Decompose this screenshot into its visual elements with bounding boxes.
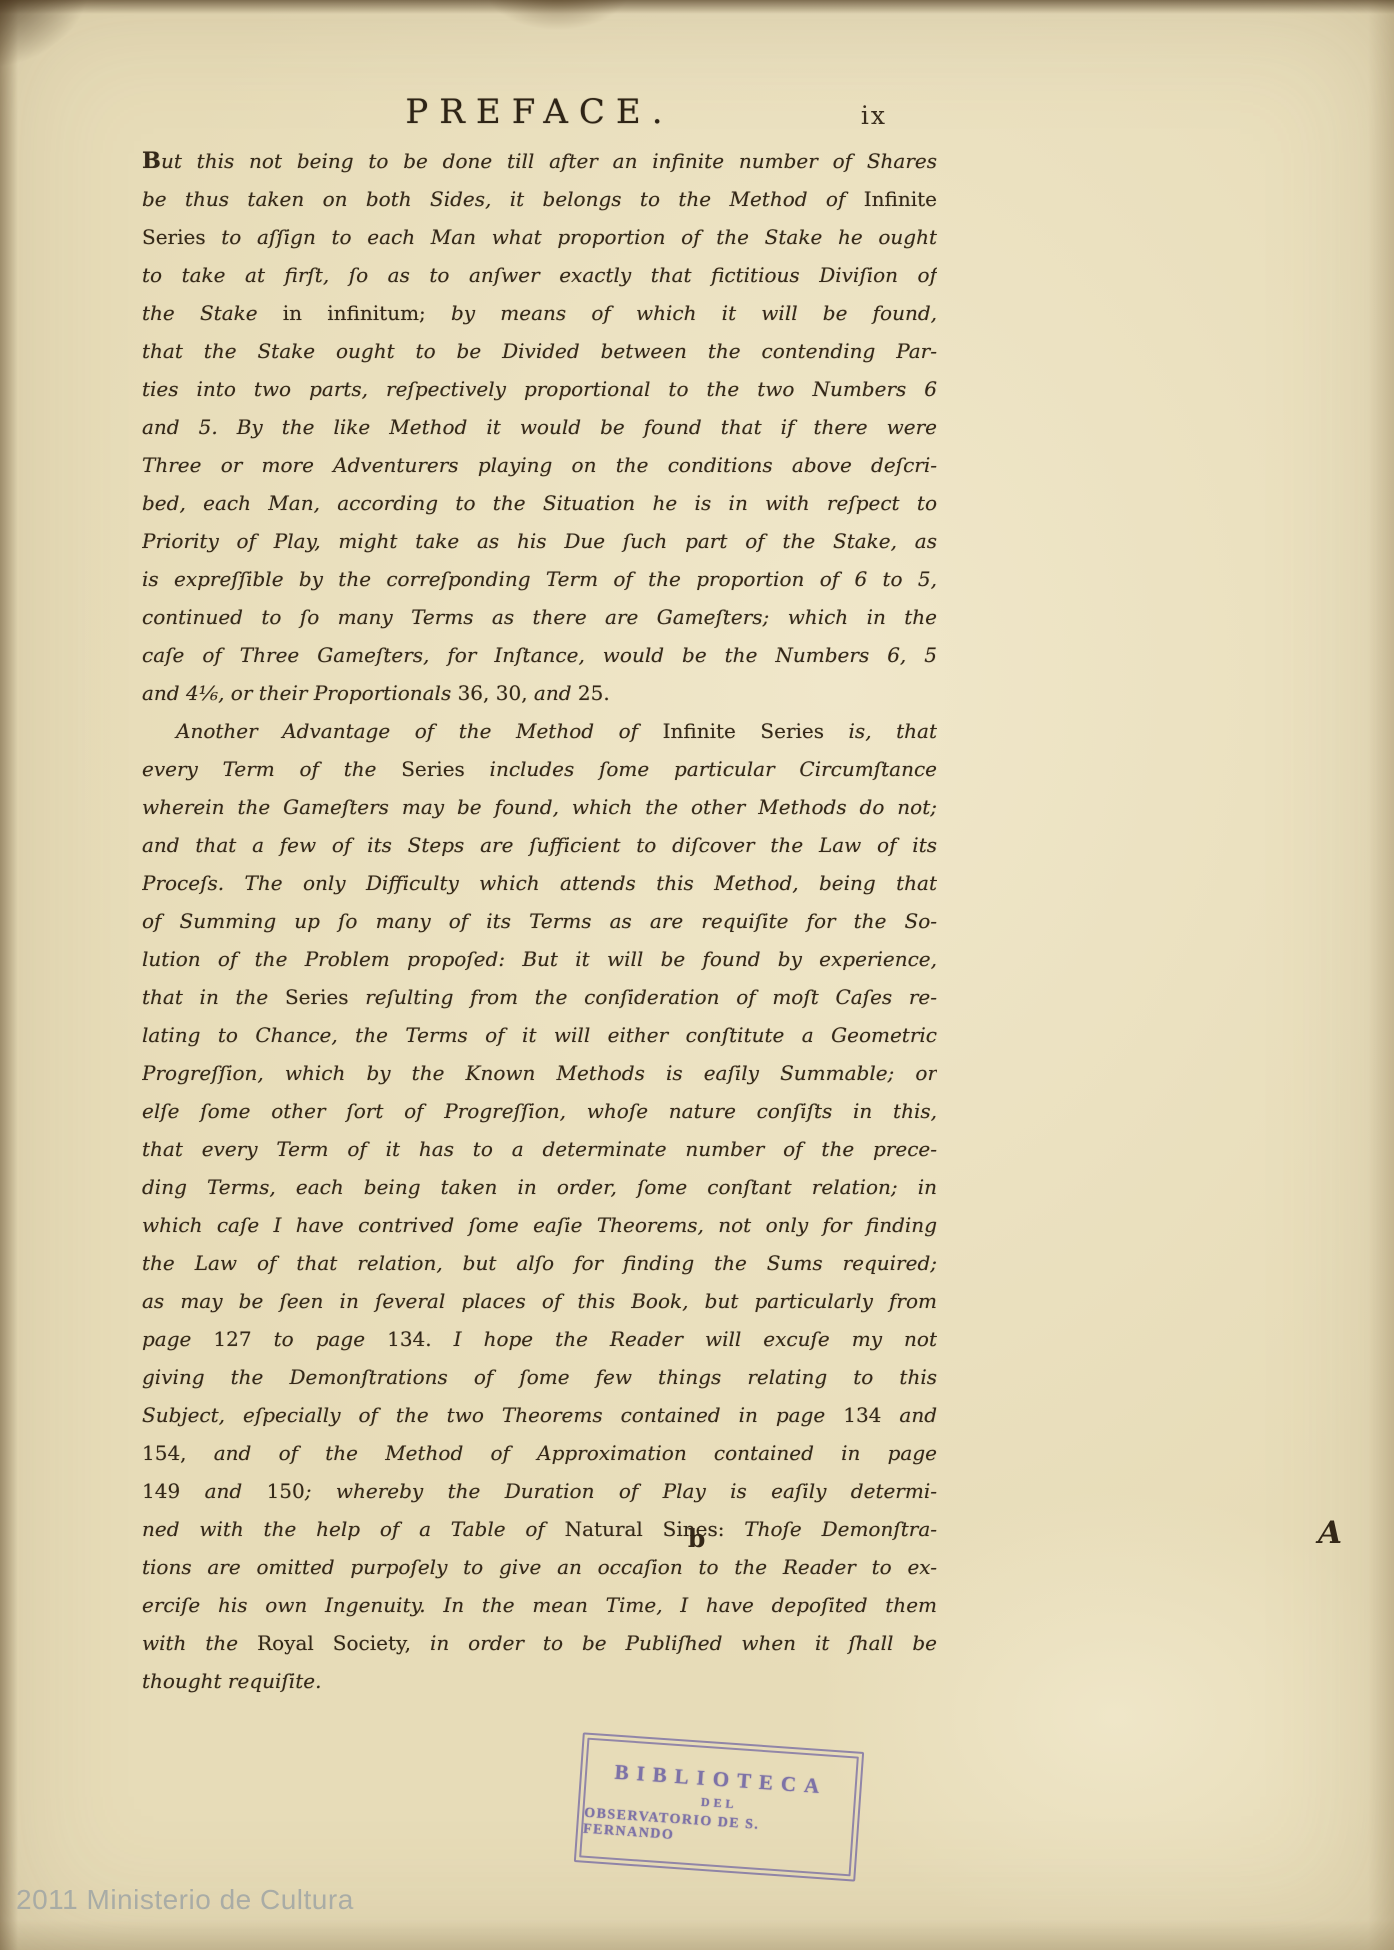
italic-text-segment: Another Advantage of the Method of [176, 719, 663, 743]
library-stamp-border: BIBLIOTECA DEL OBSERVATORIO DE S. FERNAN… [579, 1738, 859, 1877]
italic-text-segment: in order to be Publiſhed when it ſhall b… [430, 1631, 937, 1655]
text-line: 154, and of the Method of Approximation … [142, 1434, 937, 1472]
italic-text-segment: and 4⅙, or their Proportionals [142, 681, 458, 705]
roman-text-segment: Series [401, 757, 465, 781]
text-line: ties into two parts, reſpectively propor… [142, 370, 937, 408]
roman-text-segment: Series [142, 225, 221, 249]
header-row: PREFACE. ix [142, 92, 937, 142]
italic-text-segment: and [881, 1403, 937, 1427]
text-column: PREFACE. ix But this not being to be don… [142, 92, 937, 142]
page-number: ix [861, 101, 887, 130]
text-line: ding Terms, each being taken in order, ſ… [142, 1168, 937, 1206]
library-stamp: BIBLIOTECA DEL OBSERVATORIO DE S. FERNAN… [574, 1732, 864, 1881]
text-line: erciſe his own Ingenuity. In the mean Ti… [142, 1586, 937, 1624]
italic-text-segment: with the [142, 1631, 257, 1655]
text-line: which caſe I have contrived ſome eaſie T… [142, 1206, 937, 1244]
signature-mark: b [688, 1520, 705, 1558]
stamp-line-observatorio: OBSERVATORIO DE S. FERNANDO [583, 1806, 853, 1857]
text-line: lating to Chance, the Terms of it will e… [142, 1016, 937, 1054]
initial-capital: B [142, 148, 161, 174]
roman-text-segment: 127 [213, 1327, 251, 1351]
roman-text-segment: Natural Sines: [565, 1517, 745, 1541]
text-line: and 5. By the like Method it would be fo… [142, 408, 937, 446]
text-line: ned with the help of a Table of Natural … [142, 1510, 937, 1548]
text-line: thought requiſite. [142, 1662, 937, 1700]
roman-text-segment: Royal Society, [257, 1631, 430, 1655]
text-line: page 127 to page 134. I hope the Reader … [142, 1320, 937, 1358]
italic-text-segment: Subject, eſpecially of the two Theorems … [142, 1403, 843, 1427]
italic-text-segment: ; whereby the Duration of Play is eaſily… [305, 1479, 937, 1503]
text-line: as may be ſeen in ſeveral places of this… [142, 1282, 937, 1320]
text-line: lution of the Problem propoſed: But it w… [142, 940, 937, 978]
italic-text-segment: and of the Method of Approximation conta… [187, 1441, 937, 1465]
roman-text-segment: Infinite Series [663, 719, 824, 743]
italic-text-segment: page [142, 1327, 213, 1351]
catchword: A [1318, 1514, 1342, 1552]
italic-text-segment: includes ſome particular Circumſtance [465, 757, 937, 781]
roman-text-segment: 25. [578, 681, 610, 705]
stamp-line-del: DEL [700, 1795, 738, 1813]
italic-text-segment: and [528, 681, 578, 705]
text-line: with the Royal Society, in order to be P… [142, 1624, 937, 1662]
text-line: caſe of Three Gameſters, for Inſtance, w… [142, 636, 937, 674]
text-line: the Stake in infinitum; by means of whic… [142, 294, 937, 332]
italic-text-segment: reſulting from the conſideration of moſt… [349, 985, 937, 1009]
book-page-scan: PREFACE. ix But this not being to be don… [0, 0, 1394, 1950]
roman-text-segment: 150 [267, 1479, 305, 1503]
text-line: 149 and 150; whereby the Duration of Pla… [142, 1472, 937, 1510]
copyright-watermark: 2011 Ministerio de Cultura [16, 1884, 354, 1916]
roman-text-segment: 149 [142, 1479, 180, 1503]
text-line: Series to aſſign to each Man what propor… [142, 218, 937, 256]
roman-text-segment: 134 [843, 1403, 881, 1427]
text-line: Another Advantage of the Method of Infin… [142, 712, 937, 750]
text-line: and that a few of its Steps are ſufficie… [142, 826, 937, 864]
italic-text-segment: that in the [142, 985, 285, 1009]
text-line: elſe ſome other ſort of Progreſſion, who… [142, 1092, 937, 1130]
italic-text-segment: by means of which it will be found, [451, 301, 937, 325]
italic-text-segment: is, that [824, 719, 937, 743]
text-line: be thus taken on both Sides, it belongs … [142, 180, 937, 218]
roman-text-segment: 36, 30, [458, 681, 528, 705]
text-line: the Law of that relation, but alſo for f… [142, 1244, 937, 1282]
text-line: But this not being to be done till after… [142, 142, 937, 180]
text-line: wherein the Gameſters may be found, whic… [142, 788, 937, 826]
text-line: continued to ſo many Terms as there are … [142, 598, 937, 636]
text-line: Subject, eſpecially of the two Theorems … [142, 1396, 937, 1434]
roman-text-segment: 134. [387, 1327, 432, 1351]
italic-text-segment: ned with the help of a Table of [142, 1517, 565, 1541]
text-line: Three or more Adventurers playing on the… [142, 446, 937, 484]
text-line: bed, each Man, according to the Situatio… [142, 484, 937, 522]
text-line: that in the Series reſulting from the co… [142, 978, 937, 1016]
text-line: to take at firſt, ſo as to anſwer exactl… [142, 256, 937, 294]
text-line: that every Term of it has to a determina… [142, 1130, 937, 1168]
text-line: of Summing up ſo many of its Terms as ar… [142, 902, 937, 940]
italic-text-segment: ut this not being to be done till after … [161, 149, 937, 173]
text-line: is expreſſible by the correſponding Term… [142, 560, 937, 598]
italic-text-segment: Thoſe Demonſtra- [744, 1517, 937, 1541]
text-line: Proceſs. The only Difficulty which atten… [142, 864, 937, 902]
roman-text-segment: in infinitum; [283, 301, 451, 325]
italic-text-segment: I hope the Reader will excuſe my not [432, 1327, 937, 1351]
text-line: Progreſſion, which by the Known Methods … [142, 1054, 937, 1092]
text-line: Priority of Play, might take as his Due … [142, 522, 937, 560]
roman-text-segment: Series [285, 985, 349, 1009]
text-line: every Term of the Series includes ſome p… [142, 750, 937, 788]
roman-text-segment: Infinite [864, 187, 937, 211]
page-title: PREFACE. [142, 92, 937, 132]
stamp-line-biblioteca: BIBLIOTECA [614, 1760, 828, 1800]
text-line: that the Stake ought to be Divided betwe… [142, 332, 937, 370]
paragraph: Another Advantage of the Method of Infin… [142, 712, 937, 1700]
italic-text-segment: be thus taken on both Sides, it belongs … [142, 187, 864, 211]
roman-text-segment: 154, [142, 1441, 187, 1465]
italic-text-segment: and [180, 1479, 266, 1503]
text-line: giving the Demonſtrations of ſome few th… [142, 1358, 937, 1396]
paragraph: But this not being to be done till after… [142, 142, 937, 712]
text-line: tions are omitted purpoſely to give an o… [142, 1548, 937, 1586]
preface-body: But this not being to be done till after… [142, 142, 937, 1700]
italic-text-segment: to page [252, 1327, 388, 1351]
italic-text-segment: to aſſign to each Man what proportion of… [221, 225, 937, 249]
italic-text-segment: the Stake [142, 301, 283, 325]
text-line: and 4⅙, or their Proportionals 36, 30, a… [142, 674, 937, 712]
italic-text-segment: every Term of the [142, 757, 401, 781]
